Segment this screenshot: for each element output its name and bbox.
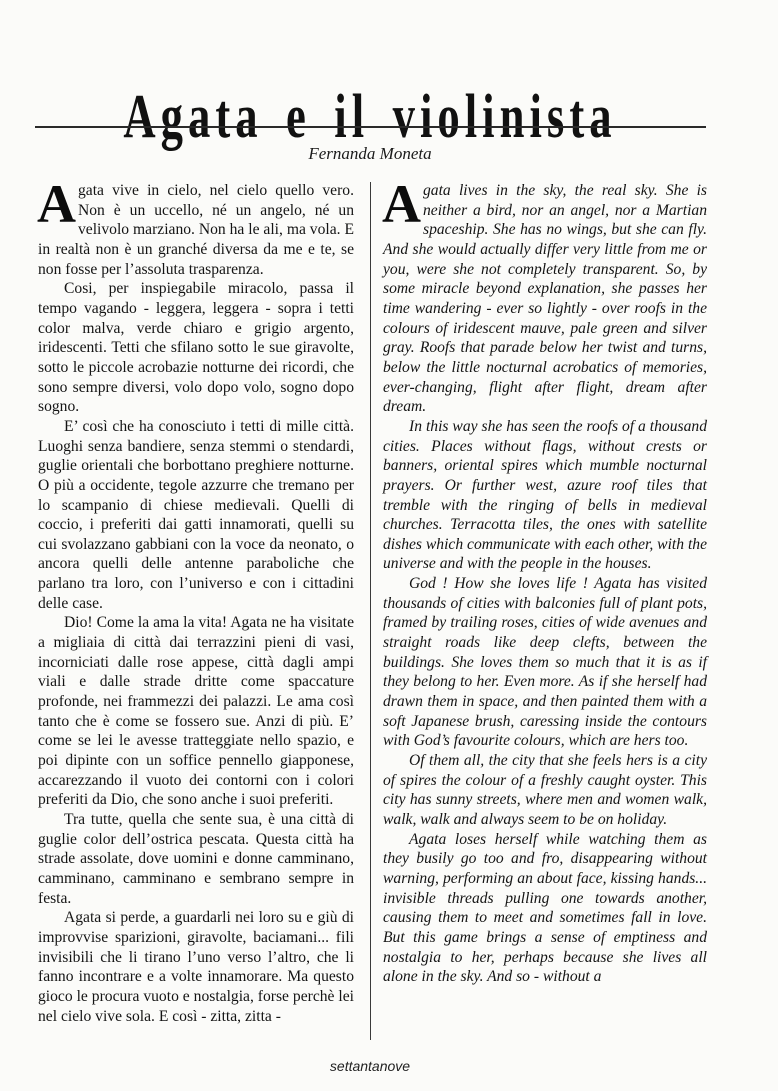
paragraph: Agata loses herself while watching them …: [383, 830, 707, 987]
paragraph: Dio! Come la ama la vita! Agata ne ha vi…: [38, 613, 354, 810]
english-column: Agata lives in the sky, the real sky. Sh…: [383, 181, 707, 987]
drop-cap: A: [382, 184, 421, 224]
paragraph: E’ così che ha conosciuto i tetti di mil…: [38, 417, 354, 614]
paragraph: Agata lives in the sky, the real sky. Sh…: [383, 181, 707, 417]
title-rule: [35, 126, 706, 128]
italian-column: Agata vive in cielo, nel cielo quello ve…: [38, 181, 354, 1026]
paragraph: Cosi, per inspiegabile miracolo, passa i…: [38, 279, 354, 417]
article-title: Agata e il violinista: [104, 82, 637, 152]
page-number: settantanove: [0, 1058, 740, 1074]
paragraph: God ! How she loves life ! Agata has vis…: [383, 574, 707, 751]
drop-cap: A: [37, 184, 76, 224]
paragraph: Of them all, the city that she feels her…: [383, 751, 707, 830]
author-byline: Fernanda Moneta: [0, 144, 740, 164]
paragraph: In this way she has seen the roofs of a …: [383, 417, 707, 574]
paragraph: Agata si perde, a guardarli nei loro su …: [38, 908, 354, 1026]
column-divider: [370, 182, 371, 1040]
paragraph: Agata vive in cielo, nel cielo quello ve…: [38, 181, 354, 279]
paragraph: Tra tutte, quella che sente sua, è una c…: [38, 810, 354, 908]
